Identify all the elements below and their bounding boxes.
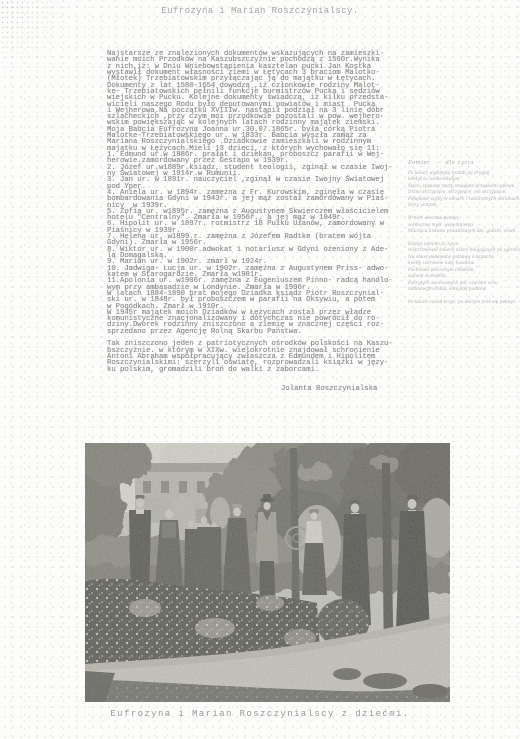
family-photo-image xyxy=(85,443,450,702)
page-title: Eufrozyna i Marian Roszczynialscy. xyxy=(0,6,520,16)
photo-grain-dark xyxy=(85,443,450,702)
typewritten-family-history: Najstarsze ze znalezionych dokumentów ws… xyxy=(107,51,403,373)
family-photo xyxy=(85,443,450,702)
scanned-document-page: Eufrozyna i Marian Roszczynialscy. Najst… xyxy=(0,0,520,739)
handwritten-note: Pamięć — dla życia Po latach wydobyty ks… xyxy=(408,159,518,307)
handwritten-note-title: Pamięć — dla życia xyxy=(408,159,518,167)
author-signature: Jolanta Roszczynialska xyxy=(281,385,377,393)
photo-caption: Eufrozyna i Marian Roszczynialscy z dzie… xyxy=(0,709,520,719)
handwritten-note-body: Po latach wydobyty kształt jej drogiej k… xyxy=(408,171,518,307)
